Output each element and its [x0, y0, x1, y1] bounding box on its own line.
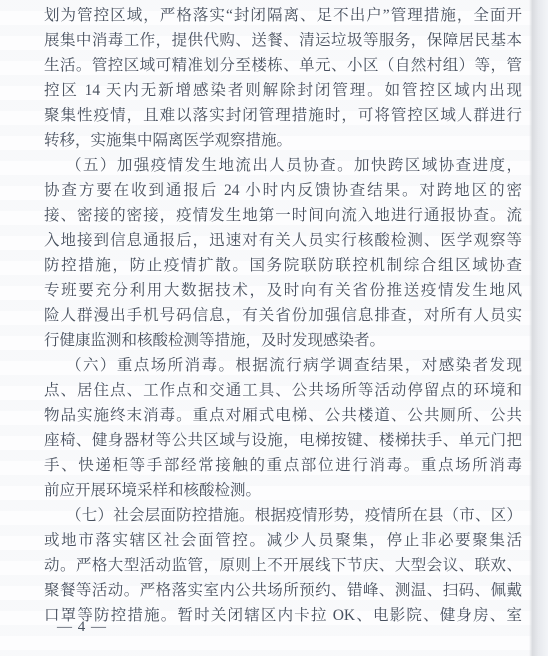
text-line: 聚集性疫情，且难以落实封闭管理措施时，可将管控区域人群进行 — [44, 103, 522, 128]
text-line: 聚餐等活动。严格落实室内公共场所预约、错峰、测温、扫码、佩戴 — [44, 578, 522, 603]
text-line: 专班要充分利用大数据技术，及时向有关省份推送疫情发生地风 — [44, 278, 522, 303]
text-line: 前应开展环境采样和核酸检测。 — [44, 478, 522, 503]
text-line: 险人群漫出手机号码信息，有关省份加强信息排查，对所有人员实 — [44, 303, 522, 328]
text-line: 生活。管控区域可精准划分至楼栋、单元、小区（自然村组）等，管 — [44, 53, 522, 78]
text-line: 动。严格大型活动监管，原则上不开展线下节庆、大型会议、联欢、 — [44, 553, 522, 578]
text-line: 协查方要在收到通报后 24 小时内反馈协查结果。对跨地区的密 — [44, 178, 522, 203]
text-line: （六）重点场所消毒。根据流行病学调查结果，对感染者发现 — [44, 353, 522, 378]
text-line: 防控措施，防止疫情扩散。国务院联防联控机制综合组区域协查 — [44, 253, 522, 278]
page-edge-shadow — [529, 0, 548, 656]
text-line: 入地接到信息通报后，迅速对有关人员实行核酸检测、医学观察等 — [44, 228, 522, 253]
document-body: 划为管控区域，严格落实“封闭隔离、足不出户”管理措施，全面开展集中消毒工作，提供… — [44, 3, 522, 628]
text-line: 物品实施终末消毒。重点对厢式电梯、公共楼道、公共厕所、公共 — [44, 403, 522, 428]
text-line: 手、快递柜等手部经常接触的重点部位进行消毒。重点场所消毒 — [44, 453, 522, 478]
text-line: 口罩等防控措施。暂时关闭辖区内卡拉 OK、电影院、健身房、室 — [44, 603, 522, 628]
text-line: 点、居住点、工作点和交通工具、公共场所等活动停留点的环境和 — [44, 378, 522, 403]
text-line: 行健康监测和核酸检测等措施，及时发现感染者。 — [44, 328, 522, 353]
document-page: 划为管控区域，严格落实“封闭隔离、足不出户”管理措施，全面开展集中消毒工作，提供… — [0, 0, 548, 656]
page-number: — 4 — — [57, 617, 107, 637]
text-line: （七）社会层面防控措施。根据疫情形势，疫情所在县（市、区） — [44, 503, 522, 528]
text-line: （五）加强疫情发生地流出人员协查。加快跨区域协查进度， — [44, 153, 522, 178]
text-line: 转移，实施集中隔离医学观察措施。 — [44, 128, 522, 153]
text-line: 展集中消毒工作，提供代购、送餐、清运垃圾等服务，保障居民基本 — [44, 28, 522, 53]
text-line: 或地市落实辖区社会面管控。减少人员聚集，停止非必要聚集活 — [44, 528, 522, 553]
text-line: 划为管控区域，严格落实“封闭隔离、足不出户”管理措施，全面开 — [44, 3, 522, 28]
text-line: 接、密接的密接，疫情发生地第一时间向流入地进行通报协查。流 — [44, 203, 522, 228]
text-line: 座椅、健身器材等公共区域与设施，电梯按键、楼梯扶手、单元门把 — [44, 428, 522, 453]
text-line: 控区 14 天内无新增感染者则解除封闭管理。如管控区域内出现 — [44, 78, 522, 103]
